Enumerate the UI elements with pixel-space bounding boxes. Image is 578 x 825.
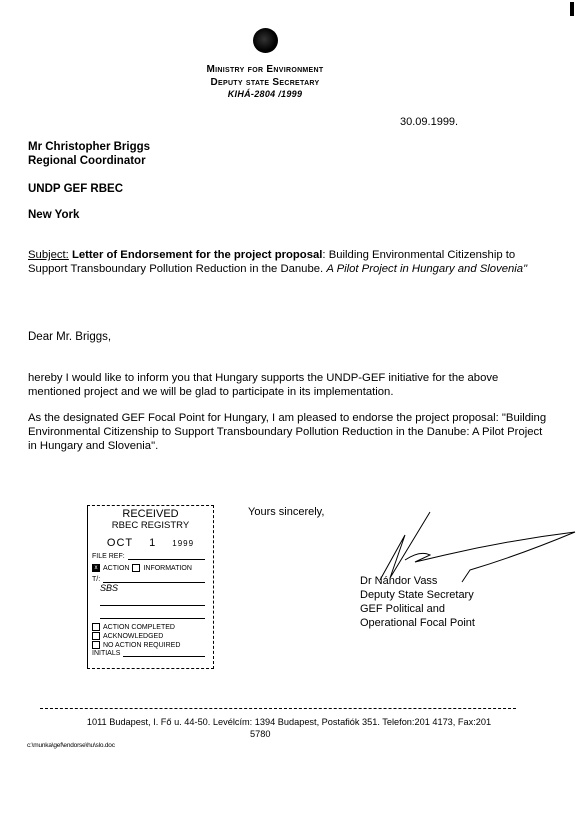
signer-name: Dr Nándor Vass	[360, 574, 437, 588]
page-edge-mark	[570, 2, 574, 16]
stamp-checkbox-no-action: NO ACTION REQUIRED	[88, 641, 213, 649]
checkbox-icon	[92, 641, 100, 649]
stamp-year: 1999	[172, 539, 194, 548]
greeting: Dear Mr. Briggs,	[28, 330, 548, 344]
stamp-checkbox-acknowledged: ACKNOWLEDGED	[88, 632, 213, 640]
received-stamp: RECEIVED RBEC REGISTRY OCT11999 FILE REF…	[87, 505, 214, 669]
file-path: c:\munka\gef\endorse\hu\slo.doc	[27, 742, 115, 749]
stamp-day: 1	[149, 537, 156, 549]
recipient-organization: UNDP GEF RBEC	[28, 182, 123, 197]
signer-title: Deputy State Secretary	[360, 588, 474, 602]
reference-number: KIHÁ-2804 /1999	[140, 89, 390, 99]
file-ref-label: FILE REF:	[92, 553, 125, 560]
checkbox-icon	[92, 632, 100, 640]
information-label: INFORMATION	[143, 565, 191, 572]
information-checkbox	[132, 564, 140, 572]
checkbox-icon	[92, 623, 100, 631]
recipient-title: Regional Coordinator	[28, 154, 146, 169]
letter-date: 30.09.1999.	[400, 116, 458, 128]
closing: Yours sincerely,	[248, 506, 324, 518]
stamp-file-ref: FILE REF:	[88, 553, 213, 560]
stamp-initials: INITIALS	[88, 650, 213, 657]
subject-label: Subject:	[28, 249, 69, 261]
stamp-registry: RBEC REGISTRY	[88, 520, 213, 531]
stamp-to-row: T/:	[88, 576, 213, 583]
body-paragraph-1: hereby I would like to inform you that H…	[28, 371, 548, 399]
stamp-month: OCT	[107, 537, 133, 549]
ministry-seal-icon	[253, 28, 278, 53]
signer-role-1: GEF Political and	[360, 602, 445, 616]
stamp-handwriting: SBS	[100, 583, 213, 593]
stamp-date: OCT11999	[88, 537, 213, 549]
footer-divider	[40, 708, 516, 709]
recipient-city: New York	[28, 208, 79, 223]
subject-italic: A Pilot Project in Hungary and Slovenia"	[326, 263, 527, 275]
stamp-action-row: x ACTION INFORMATION	[88, 564, 213, 572]
footer-address: 1011 Budapest, I. Fő u. 44-50. Levélcím:…	[0, 717, 578, 727]
signer-role-2: Operational Focal Point	[360, 616, 475, 630]
recipient-name: Mr Christopher Briggs	[28, 140, 150, 155]
office-name: Deputy state Secretary	[140, 77, 390, 88]
ministry-name: Ministry for Environment	[140, 64, 390, 75]
footer-fax-continued: 5780	[250, 729, 270, 739]
to-label: T/:	[92, 576, 100, 583]
action-label: ACTION	[103, 565, 129, 572]
body-paragraph-2: As the designated GEF Focal Point for Hu…	[28, 411, 548, 453]
stamp-checkbox-completed: ACTION COMPLETED	[88, 623, 213, 631]
subject-line: Subject: Letter of Endorsement for the p…	[28, 248, 548, 276]
stamp-title: RECEIVED	[88, 508, 213, 520]
subject-bold: Letter of Endorsement for the project pr…	[69, 249, 323, 261]
action-checkbox: x	[92, 564, 100, 572]
